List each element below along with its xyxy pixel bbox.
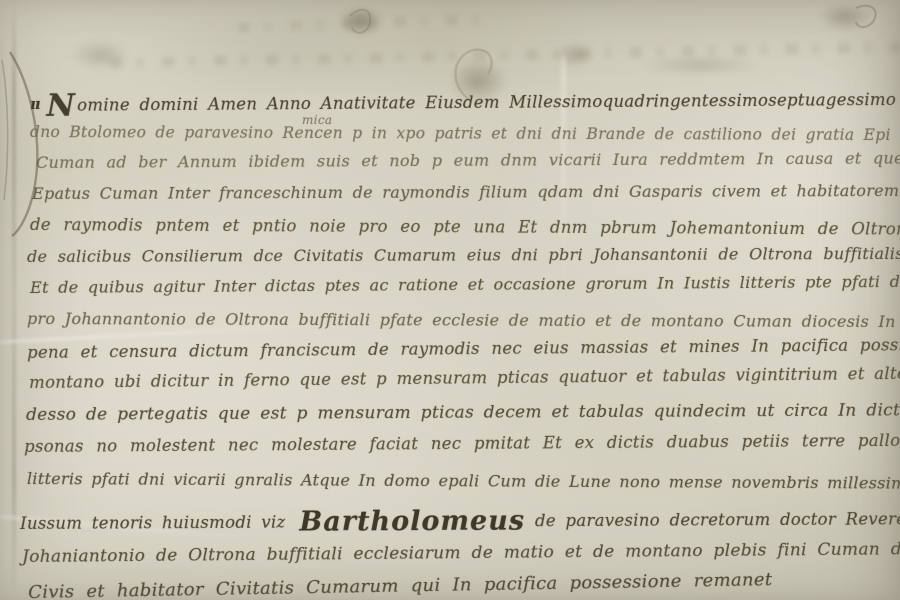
ink-smudge — [70, 40, 130, 70]
manuscript-line-7: Et de quibus agitur Inter dictas ptes ac… — [30, 270, 900, 297]
ink-smudge — [818, 2, 872, 32]
manuscript-line-1: ııNomine domini Amen Anno Anativitate Ei… — [30, 80, 900, 124]
manuscript-line-4: Epatus Cuman Inter franceschinum de raym… — [32, 180, 900, 203]
ink-smudge — [338, 6, 384, 36]
manuscript-line-11: desso de pertegatis que est p mensuram p… — [26, 399, 900, 425]
ghost-text-bleedthrough — [110, 42, 900, 69]
line-text-pre: Iussum tenoris huiusmodi viz — [20, 513, 286, 533]
ink-smudge — [640, 55, 760, 75]
faded-squiggle-top — [350, 10, 370, 33]
line-text: omine domini Amen Anno Anativitate Eiusd… — [77, 88, 900, 115]
left-fold-crease — [12, 0, 16, 600]
manuscript-line-13: litteris pfati dni vicarii gnralis Atque… — [27, 469, 900, 494]
manuscript-line-12: psonas no molestent nec molestare faciat… — [24, 429, 900, 456]
line-text-post: de paravesino decretorum doctor Reverend… — [535, 508, 900, 531]
paragraph-mark: ıı — [30, 95, 40, 113]
left-margin-flourish — [10, 52, 37, 236]
parchment-manuscript-photo: ııNomine domini Amen Anno Anativitate Ei… — [0, 0, 900, 600]
left-edge-stroke — [2, 60, 8, 200]
display-script-name: Bartholomeus — [299, 505, 525, 537]
ink-smudge — [555, 42, 595, 68]
manuscript-line-3: Cuman ad ber Annum ibidem suis et nob p … — [36, 147, 900, 172]
manuscript-line-5: de raymodis pntem et pntio noie pro eo p… — [30, 215, 900, 240]
manuscript-line-14: Iussum tenoris huiusmodi vizBartholomeus… — [20, 502, 900, 539]
faded-curl-top-right — [856, 6, 876, 27]
ghost-text-bleedthrough — [238, 13, 498, 32]
manuscript-line-16: Civis et habitator Civitatis Cumarum qui… — [28, 569, 772, 600]
manuscript-line-9: pena et censura dictum franciscum de ray… — [27, 333, 900, 362]
superscript-note: mica — [302, 113, 332, 127]
manuscript-line-2: micadno Btolomeo de paravesino Rencen p … — [30, 123, 900, 145]
manuscript-line-10: montano ubi dicitur in ferno que est p m… — [29, 361, 900, 392]
drop-cap-initial: N — [46, 88, 75, 124]
line-text: dno Btolomeo de paravesino Rencen p in x… — [30, 123, 900, 145]
manuscript-line-6: de salicibus Consilierum dce Civitatis C… — [27, 243, 900, 266]
manuscript-line-15: Johaniantonio de Oltrona buffitiali eccl… — [22, 537, 900, 567]
manuscript-line-8: pro Johannantonio de Oltrona buffitiali … — [27, 309, 900, 332]
